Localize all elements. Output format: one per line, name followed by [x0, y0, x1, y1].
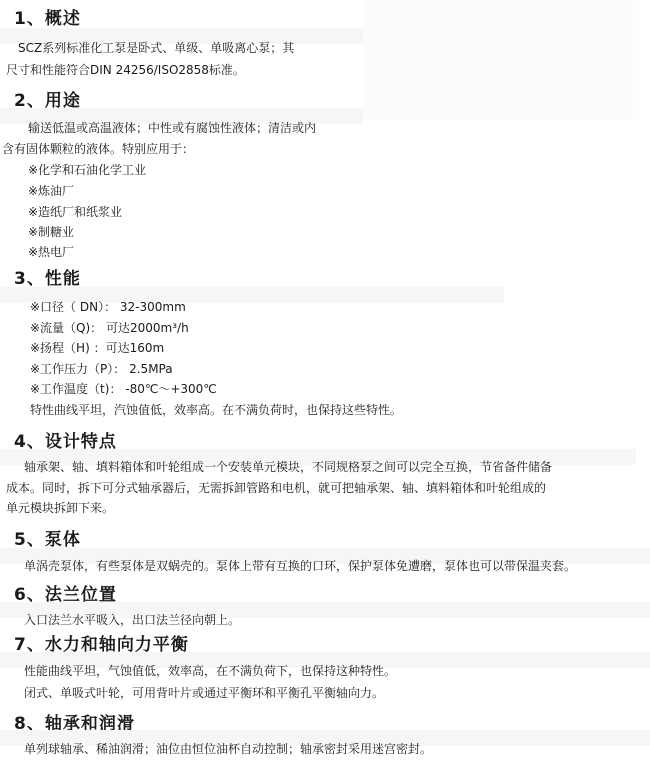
performance-summary: 特性曲线平坦，汽蚀值低，效率高。在不满负荷时，也保持这些特性。 — [30, 402, 402, 418]
design-line-3: 单元模块拆卸下来。 — [6, 500, 114, 516]
design-line-2: 成本。同时，拆下可分式轴承器后，无需拆卸管路和电机，就可把轴承架、轴、填料箱体和… — [6, 480, 546, 496]
flange-line-1: 入口法兰水平吸入，出口法兰径向朝上。 — [24, 612, 240, 628]
section-heading-overview: 1、概述 — [14, 4, 81, 29]
performance-bullet-flow: ※流量（Q)： 可达2000m³/h — [30, 320, 189, 336]
applications-bullet-4: ※制糖业 — [28, 224, 74, 240]
balance-line-2: 闭式、单吸式叶轮，可用背叶片或通过平衡环和平衡孔平衡轴向力。 — [24, 685, 384, 701]
section-heading-performance: 3、性能 — [14, 264, 81, 289]
overview-line-1: SCZ系列标准化工泵是卧式、单级、单吸离心泵；其 — [18, 40, 294, 56]
overview-line-2: 尺寸和性能符合DIN 24256/ISO2858标准。 — [6, 62, 245, 78]
applications-line-1: 输送低温或高温液体；中性或有腐蚀性液体；清洁或内 — [28, 120, 316, 136]
design-line-1: 轴承架、轴、填料箱体和叶轮组成一个安装单元模块，不同规格泵之间可以完全互换，节省… — [24, 459, 552, 475]
applications-bullet-3: ※造纸厂和纸浆业 — [28, 204, 122, 220]
performance-bullet-head: ※扬程（H) ：可达160m — [30, 340, 164, 356]
background-panel — [363, 0, 639, 120]
bearing-line-1: 单列球轴承、稀油润滑；油位由恒位油杯自动控制；轴承密封采用迷宫密封。 — [24, 741, 432, 757]
applications-line-2: 含有固体颗粒的液体。特别应用于： — [2, 141, 194, 157]
pump-body-line-1: 单涡壳泵体，有些泵体是双蜗壳的。泵体上带有互换的口环，保护泵体免遭磨，泵体也可以… — [24, 558, 576, 574]
applications-bullet-2: ※炼油厂 — [28, 183, 74, 199]
section-heading-pump-body: 5、泵体 — [14, 525, 81, 550]
applications-bullet-5: ※热电厂 — [28, 244, 74, 260]
balance-line-1: 性能曲线平坦，气蚀值低，效率高，在不满负荷下，也保持这种特性。 — [24, 663, 396, 679]
applications-bullet-1: ※化学和石油化学工业 — [28, 162, 146, 178]
performance-bullet-pressure: ※工作压力（P）： 2.5MPa — [30, 361, 173, 377]
performance-bullet-temperature: ※工作温度（t)： -80℃～+300℃ — [30, 381, 217, 397]
pump-spec-document: 1、概述 SCZ系列标准化工泵是卧式、单级、单吸离心泵；其 尺寸和性能符合DIN… — [0, 0, 650, 767]
performance-bullet-diameter: ※口径（ DN）： 32-300mm — [30, 299, 186, 315]
